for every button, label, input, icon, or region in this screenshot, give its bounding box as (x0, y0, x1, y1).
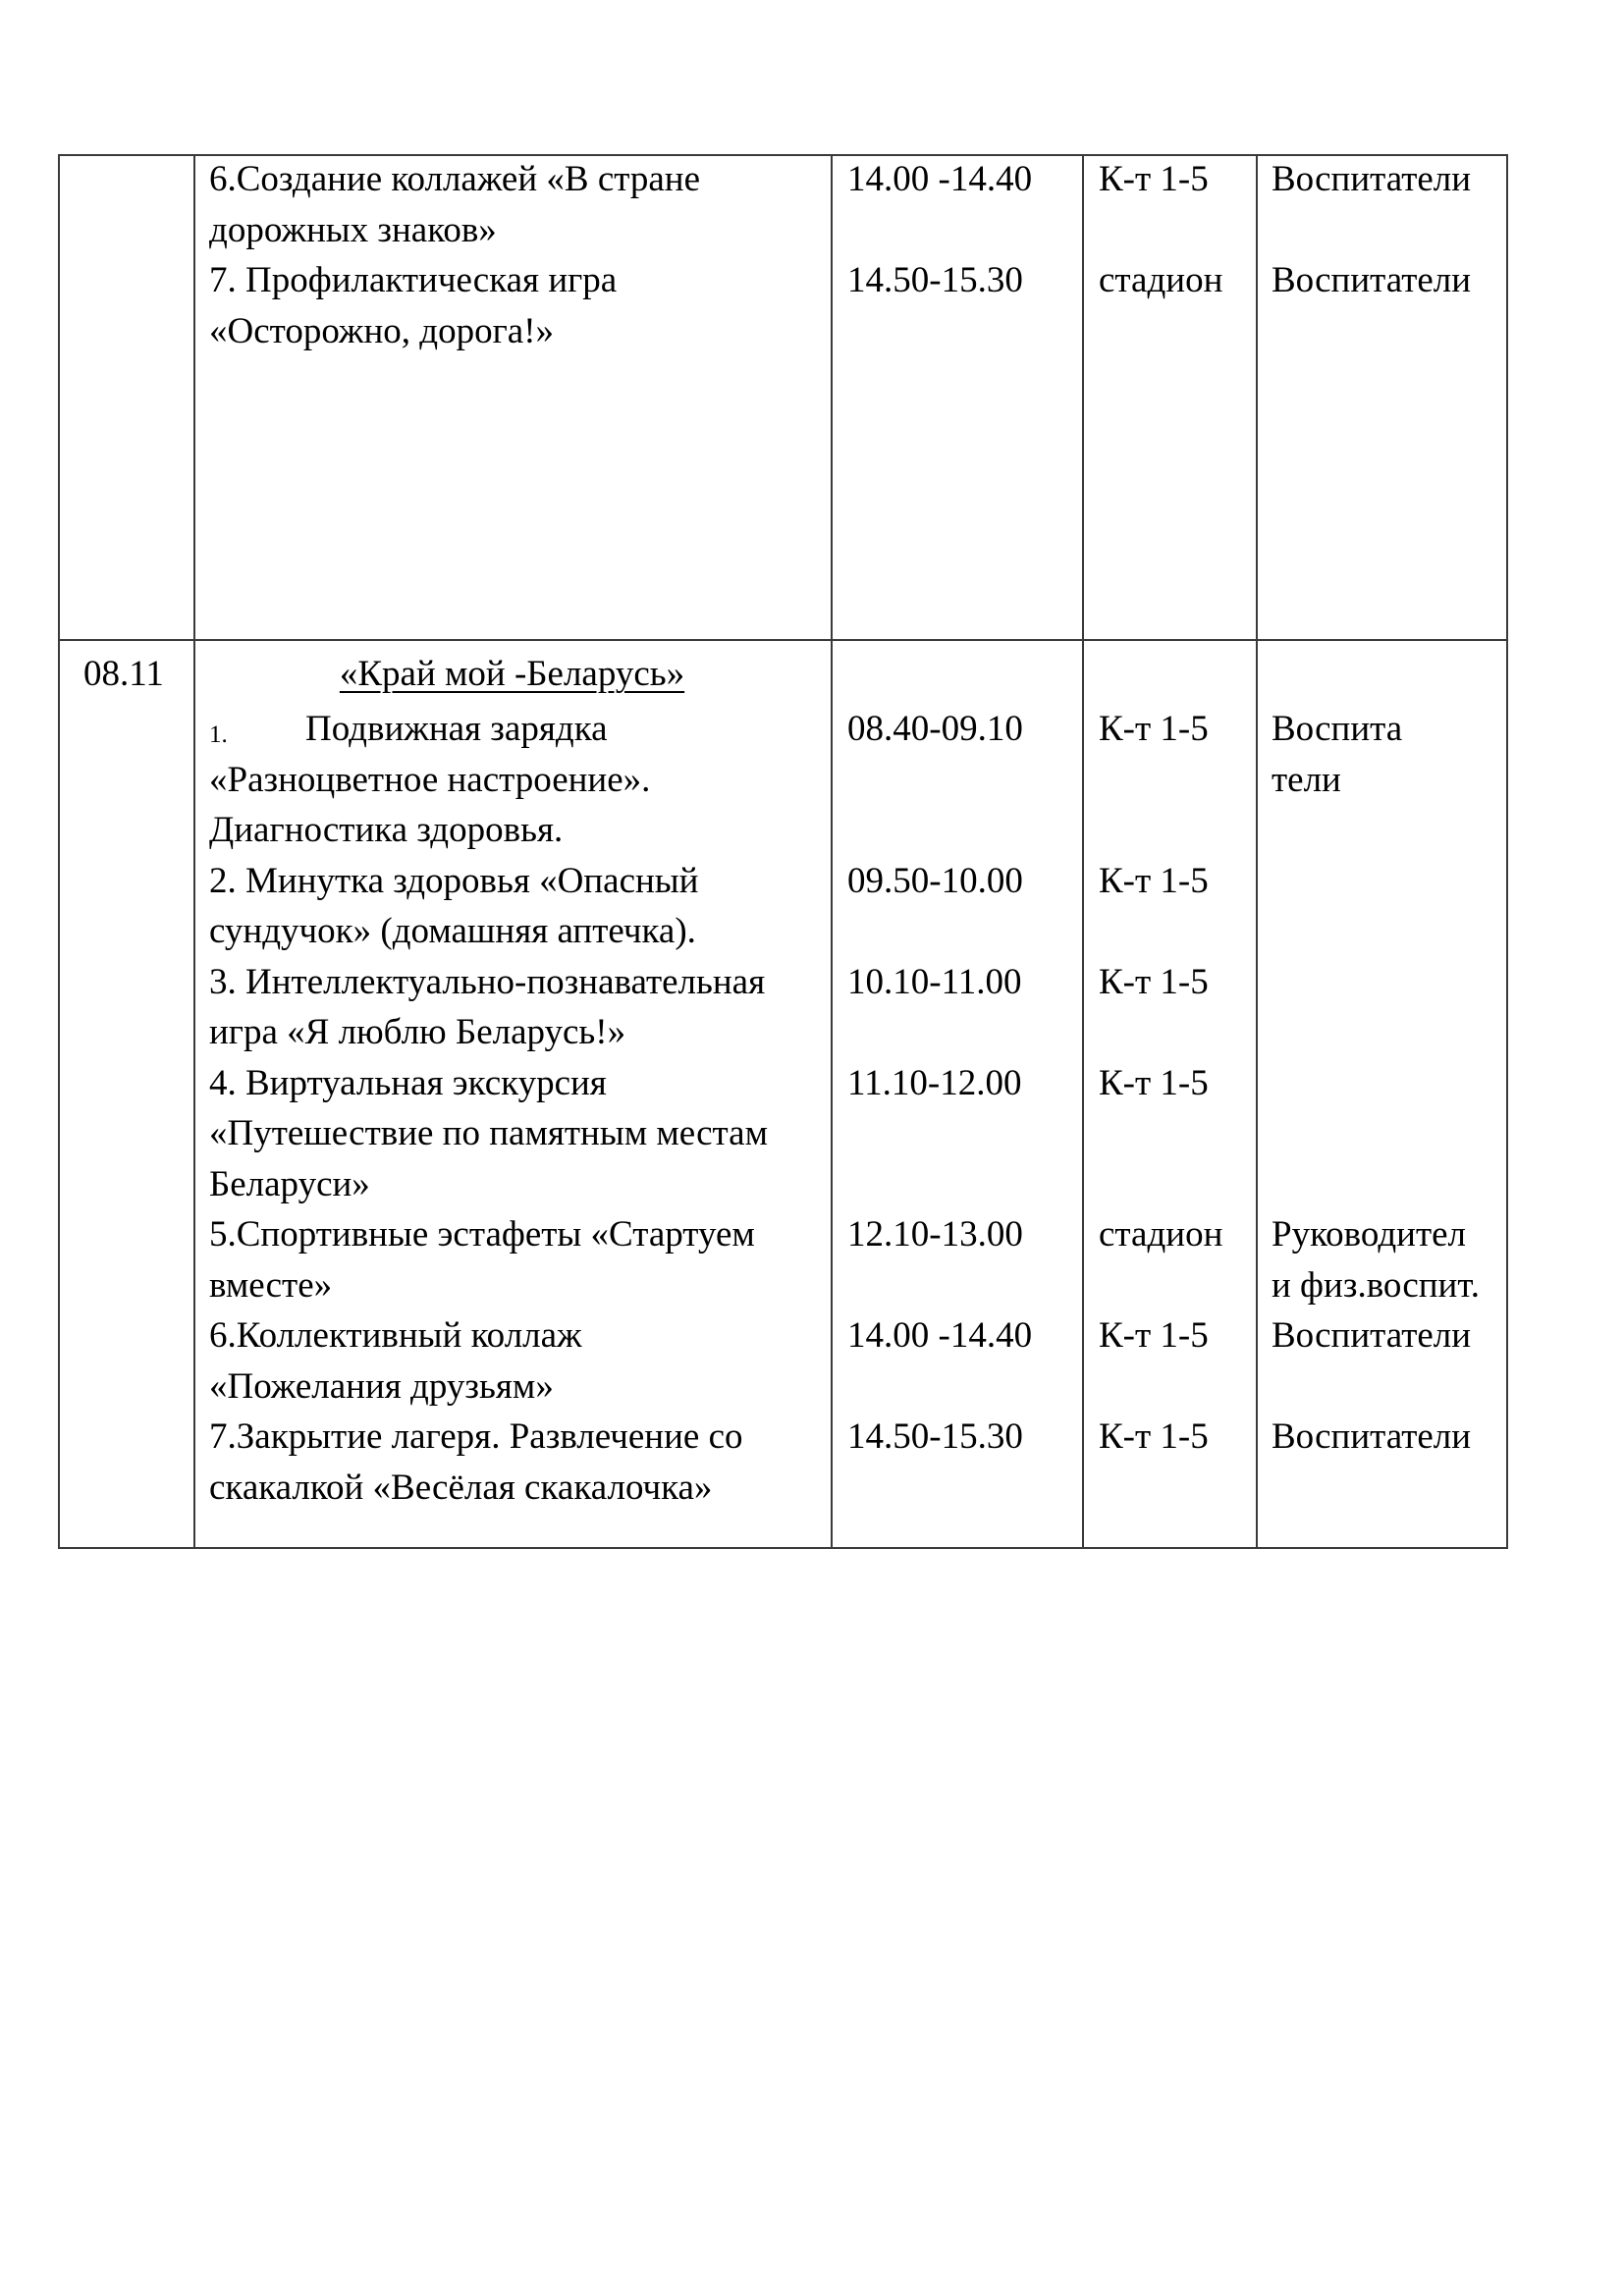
activity-line: «Разноцветное настроение». (209, 755, 650, 806)
activity-line: 3. Интеллектуально-познавательная (209, 957, 765, 1008)
activity-line: дорожных знаков» (209, 205, 497, 256)
activity-line: 6.Создание коллажей «В стране (209, 154, 700, 205)
activity-time: 08.40-09.10 (847, 704, 1023, 755)
activity-line: сундучок» (домашняя аптечка). (209, 906, 696, 957)
column-divider (831, 156, 833, 1547)
document-page: 08.11 «Край мой -Беларусь» 6.Создание ко… (0, 0, 1624, 2296)
activity-responsible: Воспитатели (1272, 1310, 1471, 1362)
activity-time: 14.50-15.30 (847, 1412, 1023, 1463)
activity-line: 4. Виртуальная экскурсия (209, 1058, 607, 1109)
activity-line: Беларуси» (209, 1159, 370, 1210)
row-divider (60, 639, 1506, 641)
activity-responsible: Воспитатели (1272, 1412, 1471, 1463)
activity-time: 12.10-13.00 (847, 1209, 1023, 1260)
activity-place: К-т 1-5 (1099, 1310, 1209, 1362)
activity-responsible: Воспитатели (1272, 154, 1471, 205)
activity-place: стадион (1099, 1209, 1222, 1260)
activity-place: К-т 1-5 (1099, 704, 1209, 755)
activity-responsible: и физ.воспит. (1272, 1260, 1480, 1311)
activity-responsible: Руководител (1272, 1209, 1466, 1260)
activity-place: К-т 1-5 (1099, 154, 1209, 205)
activity-line: 7. Профилактическая игра (209, 255, 617, 306)
activity-line: скакалкой «Весёлая скакалочка» (209, 1463, 712, 1514)
activity-place: К-т 1-5 (1099, 957, 1209, 1008)
activity-place: К-т 1-5 (1099, 1412, 1209, 1463)
activity-line: игра «Я люблю Беларусь!» (209, 1007, 625, 1058)
activity-place: стадион (1099, 255, 1222, 306)
activity-line: 6.Коллективный коллаж (209, 1310, 582, 1362)
activity-place: К-т 1-5 (1099, 1058, 1209, 1109)
activity-number: 1. (209, 710, 228, 761)
column-divider (1082, 156, 1084, 1547)
activity-time: 09.50-10.00 (847, 856, 1023, 907)
day-title: «Край мой -Беларусь» (193, 649, 831, 700)
activity-responsible: Воспитатели (1272, 255, 1471, 306)
schedule-table: 08.11 «Край мой -Беларусь» 6.Создание ко… (58, 154, 1508, 1549)
row-date: 08.11 (83, 649, 164, 700)
activity-line: 5.Спортивные эстафеты «Стартуем (209, 1209, 755, 1260)
column-divider (193, 156, 195, 1547)
activity-line: «Пожелания друзьям» (209, 1362, 554, 1413)
activity-responsible: Воспита (1272, 704, 1402, 755)
activity-time: 10.10-11.00 (847, 957, 1021, 1008)
activity-line: Подвижная зарядка (305, 704, 608, 755)
activity-line: 7.Закрытие лагеря. Развлечение со (209, 1412, 743, 1463)
activity-line: Диагностика здоровья. (209, 805, 563, 856)
activity-time: 14.00 -14.40 (847, 154, 1032, 205)
activity-line: вместе» (209, 1260, 332, 1311)
activity-time: 14.00 -14.40 (847, 1310, 1032, 1362)
activity-responsible: тели (1272, 755, 1341, 806)
activity-line: «Осторожно, дорога!» (209, 306, 554, 357)
activity-time: 14.50-15.30 (847, 255, 1023, 306)
activity-place: К-т 1-5 (1099, 856, 1209, 907)
column-divider (1256, 156, 1258, 1547)
activity-line: «Путешествие по памятным местам (209, 1108, 768, 1159)
activity-line: 2. Минутка здоровья «Опасный (209, 856, 698, 907)
activity-time: 11.10-12.00 (847, 1058, 1021, 1109)
